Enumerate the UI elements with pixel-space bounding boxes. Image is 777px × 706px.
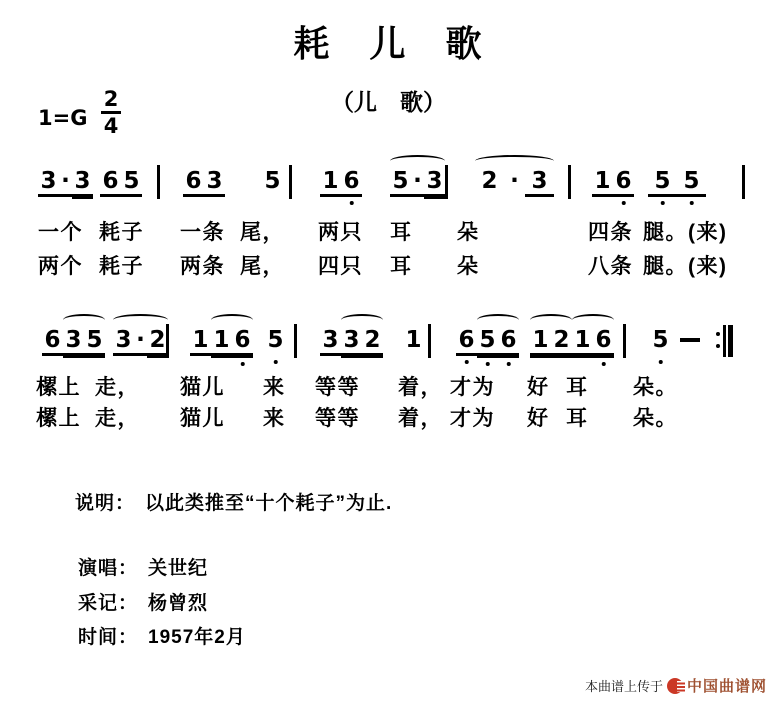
note-digit: 1	[211, 327, 232, 356]
lyric-word: 才为	[450, 402, 495, 432]
sixteenth-underline	[498, 356, 519, 359]
notation-line-2: 6353·21165332165612165	[0, 327, 777, 357]
time-signature-denominator: 4	[97, 115, 125, 137]
lyric-word: 走，	[95, 402, 140, 432]
low-octave-dot	[621, 201, 626, 206]
sixteenth-underline	[593, 356, 614, 359]
repeat-end-sign	[716, 325, 734, 357]
lyric-word: 才为	[450, 371, 495, 401]
lyric-word: 耳	[390, 216, 413, 246]
note-digit: 6	[613, 168, 634, 197]
note-char: 6	[234, 327, 250, 353]
lyric-word: 尾，	[240, 250, 285, 280]
note-char: 5	[654, 168, 670, 194]
barline	[568, 165, 571, 199]
note-digit: 3	[38, 168, 59, 197]
time-signature-numerator: 2	[97, 88, 125, 110]
note-group: 65	[100, 168, 142, 197]
lyric-word: 朵	[457, 216, 480, 246]
credit-date-value: 1957年2月	[148, 627, 246, 648]
lyric-row-2: 两个耗子两条尾，四只耳朵八条腿。(来)	[0, 250, 777, 274]
credit-collector: 采记：杨曾烈	[78, 588, 208, 615]
note-char: ·	[510, 168, 519, 194]
repeat-dot	[716, 344, 720, 348]
note-group: 332	[320, 327, 383, 356]
lyric-word: 四只	[318, 250, 363, 280]
barline	[445, 165, 448, 199]
dot-note: ·	[504, 168, 525, 197]
note-char: 6	[595, 327, 611, 353]
note-digit: 5	[390, 168, 411, 197]
note-digit: 5	[84, 327, 105, 356]
note-digit: 3	[320, 327, 341, 356]
key-signature: 1=G	[38, 106, 87, 130]
credit-date: 时间：1957年2月	[78, 622, 246, 649]
lyric-word: 猫儿	[180, 402, 225, 432]
sixteenth-underline	[551, 356, 572, 359]
repeat-thin-line	[723, 325, 726, 357]
note-digit: 2	[475, 168, 504, 197]
slur-arc	[390, 155, 445, 167]
lyric-word: 一条	[180, 216, 225, 246]
sixteenth-underline	[84, 356, 105, 359]
remark-label: 说明：	[75, 493, 135, 514]
note-digit: 5	[121, 168, 142, 197]
note-digit: 3	[424, 168, 445, 197]
slur-arc	[63, 314, 105, 326]
lyric-word: 四条	[588, 216, 633, 246]
slur-arc	[113, 314, 168, 326]
note-group: 656	[456, 327, 519, 356]
note-digit: 6	[42, 327, 63, 356]
note-char: 1	[192, 327, 208, 353]
lyric-word: 等等	[315, 402, 360, 432]
note-char: 3	[40, 168, 56, 194]
note-digit: 6	[183, 168, 204, 197]
note-group: 116	[190, 327, 253, 356]
note-char: 6	[185, 168, 201, 194]
note-group: 5	[262, 168, 283, 197]
note-group: 5	[265, 327, 286, 356]
dash-note	[680, 338, 700, 342]
note-char: 6	[500, 327, 516, 353]
note-char: 1	[594, 168, 610, 194]
barline	[742, 165, 745, 199]
note-char: 2	[364, 327, 380, 353]
lyric-row-3: 樏上走，猫儿来等等着，才为好耳朵。	[0, 371, 777, 395]
lyric-row-4: 樏上走，猫儿来等等着，才为好耳朵。	[0, 402, 777, 426]
sixteenth-underline	[424, 197, 445, 200]
low-octave-dot	[658, 360, 663, 365]
note-char: 5	[652, 327, 668, 353]
lyric-word: 耳	[566, 371, 589, 401]
lyric-word: 樏上	[36, 371, 81, 401]
site-logo-notch	[677, 681, 685, 692]
note-char: 1	[322, 168, 338, 194]
lyric-word: 耳	[390, 250, 413, 280]
note-digit: 6	[593, 327, 614, 356]
note-digit: 1	[320, 168, 341, 197]
lyric-word: 来	[263, 402, 286, 432]
note-digit: 5	[265, 327, 286, 356]
note-char: 3	[426, 168, 442, 194]
lyric-row-1: 一个耗子一条尾，两只耳朵四条腿。(来)	[0, 216, 777, 240]
lyric-word: 耗子	[99, 216, 144, 246]
barline	[623, 324, 626, 358]
lyric-word: 两条	[180, 250, 225, 280]
note-char: 5	[123, 168, 139, 194]
note-char: 3	[343, 327, 359, 353]
note-digit: 6	[232, 327, 253, 356]
note-digit: 5	[477, 327, 498, 356]
slur-arc	[211, 314, 253, 326]
credit-singer: 演唱：关世纪	[78, 553, 208, 580]
lyric-word: 着，	[398, 402, 443, 432]
watermark-prefix: 本曲谱上传于	[585, 676, 663, 695]
note-char: 6	[343, 168, 359, 194]
note-digit: 3	[72, 168, 93, 197]
lyric-word: 朵。	[633, 371, 678, 401]
note-digit: 5	[648, 168, 677, 197]
note-char: 2	[481, 168, 497, 194]
lyric-word: 来	[263, 371, 286, 401]
lyric-word: 猫儿	[180, 371, 225, 401]
note-char: 6	[44, 327, 60, 353]
credit-collector-label: 采记：	[78, 593, 138, 614]
lyric-word: 等等	[315, 371, 360, 401]
note-char: 2	[149, 327, 165, 353]
sixteenth-underline	[211, 356, 232, 359]
lyric-word: 尾，	[240, 216, 285, 246]
repeat-thick-line	[728, 325, 733, 357]
lyric-word: 樏上	[36, 402, 81, 432]
note-char: 5	[267, 327, 283, 353]
note-digit: 6	[456, 327, 477, 356]
note-digit: 1	[572, 327, 593, 356]
sheet-music-page: 耗 儿 歌 （儿 歌） 1=G 2 4 3·365635165·32·31655…	[0, 0, 777, 706]
sixteenth-underline	[572, 356, 593, 359]
note-digit: 1	[530, 327, 551, 356]
note-char: 1	[574, 327, 590, 353]
lyric-word: 腿。(来)	[643, 216, 728, 246]
note-char: 1	[532, 327, 548, 353]
credit-date-label: 时间：	[78, 627, 138, 648]
slur-arc	[572, 314, 614, 326]
sixteenth-underline	[477, 356, 498, 359]
note-char: 6	[615, 168, 631, 194]
note-digit: 2	[147, 327, 168, 356]
lyric-word: 朵	[457, 250, 480, 280]
note-digit: 3	[525, 168, 554, 197]
note-digit: 1	[592, 168, 613, 197]
note-char: ·	[413, 168, 422, 194]
note-char: ·	[136, 327, 145, 353]
sixteenth-underline	[232, 356, 253, 359]
dot-note: ·	[59, 168, 72, 197]
watermark: 本曲谱上传于 中国曲谱网	[585, 675, 767, 696]
slur-arc	[341, 314, 383, 326]
note-char: 3	[65, 327, 81, 353]
sixteenth-underline	[72, 197, 93, 200]
low-octave-dot	[689, 201, 694, 206]
note-char: 3	[115, 327, 131, 353]
note-char: 3	[531, 168, 547, 194]
slur-arc	[475, 155, 554, 167]
site-logo-icon	[667, 678, 683, 694]
low-octave-dot	[660, 201, 665, 206]
barline	[428, 324, 431, 358]
barline	[294, 324, 297, 358]
note-char: 6	[458, 327, 474, 353]
note-char: 1	[213, 327, 229, 353]
slur-arc	[530, 314, 572, 326]
note-digit: 6	[100, 168, 121, 197]
note-digit: 2	[362, 327, 383, 356]
note-char: 5	[479, 327, 495, 353]
note-group: 2·3	[475, 168, 554, 197]
lyric-word: 八条	[588, 250, 633, 280]
low-octave-dot	[485, 362, 490, 367]
note-group: 5·3	[390, 168, 445, 197]
note-digit: 3	[341, 327, 362, 356]
lyric-word: 耗子	[99, 250, 144, 280]
barline	[289, 165, 292, 199]
dot-note: ·	[134, 327, 147, 356]
sixteenth-underline	[341, 356, 362, 359]
low-octave-dot	[349, 201, 354, 206]
note-char: ·	[61, 168, 70, 194]
note-digit: 6	[498, 327, 519, 356]
barline	[166, 324, 169, 358]
lyric-word: 两个	[38, 250, 83, 280]
note-char: 3	[74, 168, 90, 194]
sixteenth-underline	[63, 356, 84, 359]
note-digit: 3	[63, 327, 84, 356]
note-char: 5	[683, 168, 699, 194]
notation-line-1: 3·365635165·32·31655	[0, 168, 777, 198]
note-digit: 1	[190, 327, 211, 356]
lyric-word: 着，	[398, 371, 443, 401]
watermark-site-name: 中国曲谱网	[687, 675, 767, 696]
note-char: 5	[86, 327, 102, 353]
lyric-word: 好	[527, 402, 550, 432]
slur-arc	[477, 314, 519, 326]
note-digit: 3	[113, 327, 134, 356]
credit-singer-value: 关世纪	[148, 558, 208, 579]
low-octave-dot	[240, 362, 245, 367]
note-digit: 5	[262, 168, 283, 197]
note-group: 635	[42, 327, 105, 356]
lyric-word: 一个	[38, 216, 83, 246]
lyric-word: 朵。	[633, 402, 678, 432]
note-group: 63	[183, 168, 225, 197]
note-group: 16	[592, 168, 634, 197]
sixteenth-underline	[530, 356, 551, 359]
note-group: 16	[320, 168, 362, 197]
credit-collector-value: 杨曾烈	[148, 593, 208, 614]
note-char: 5	[264, 168, 280, 194]
note-group: 1216	[530, 327, 614, 356]
note-digit: 6	[341, 168, 362, 197]
note-char: 1	[405, 327, 421, 353]
repeat-dot	[716, 332, 720, 336]
note-digit: 3	[204, 168, 225, 197]
note-group: 3·2	[113, 327, 168, 356]
lyric-word: 走，	[95, 371, 140, 401]
note-char: 5	[392, 168, 408, 194]
note-group: 3·3	[38, 168, 93, 197]
low-octave-dot	[601, 362, 606, 367]
credit-singer-label: 演唱：	[78, 558, 138, 579]
sixteenth-underline	[362, 356, 383, 359]
dot-note: ·	[411, 168, 424, 197]
low-octave-dot	[506, 362, 511, 367]
note-group: 55	[648, 168, 706, 197]
note-char: 3	[206, 168, 222, 194]
note-digit: 5	[650, 327, 671, 356]
song-title: 耗 儿 歌	[0, 16, 777, 67]
note-digit: 1	[403, 327, 424, 356]
lyric-word: 耳	[566, 402, 589, 432]
lyric-word: 腿。(来)	[643, 250, 728, 280]
note-char: 3	[322, 327, 338, 353]
time-signature: 2 4	[97, 88, 125, 137]
low-octave-dot	[273, 360, 278, 365]
remark-line: 说明：以此类推至“十个耗子”为止.	[75, 488, 392, 515]
note-group: 5	[650, 327, 671, 356]
note-digit: 2	[551, 327, 572, 356]
note-group: 1	[403, 327, 424, 356]
lyric-word: 好	[527, 371, 550, 401]
low-octave-dot	[464, 360, 469, 365]
note-char: 2	[553, 327, 569, 353]
barline	[157, 165, 160, 199]
lyric-word: 两只	[318, 216, 363, 246]
sixteenth-underline	[147, 356, 168, 359]
remark-text: 以此类推至“十个耗子”为止.	[145, 493, 392, 514]
note-char: 6	[102, 168, 118, 194]
note-digit: 5	[677, 168, 706, 197]
